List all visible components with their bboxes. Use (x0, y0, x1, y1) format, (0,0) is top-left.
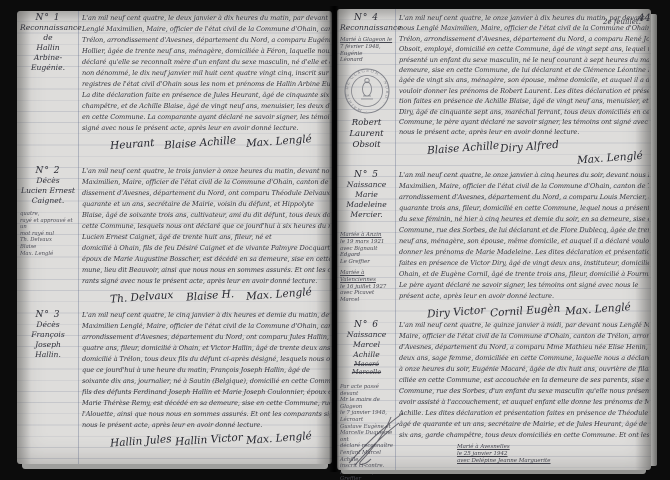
act-body-line: donner les prénoms de Marie Madeleine. L… (399, 247, 649, 258)
signature: Hallin Victor (175, 431, 243, 448)
act-body-line: tion faites en présence de Achille Blais… (399, 96, 649, 106)
margin-note-line: quatre, (20, 211, 76, 218)
act-body-line: deux ans, sage femme, domiciliée en cett… (399, 353, 649, 364)
scanned-page-right: 2e feuillet. 44 N° 4 Reconnaissance Mari… (337, 9, 651, 470)
margin-note-line: mot rayé nul (20, 231, 76, 238)
margin-note-line: Par acte passé devant (340, 384, 393, 397)
margin-name-line: Robert Laurent (340, 118, 393, 140)
entry-body: L'an mil neuf cent quatre, le trois janv… (78, 166, 330, 302)
act-body-line: âgée de vingt six ans, ménagère, son épo… (399, 75, 649, 85)
act-body-line: L'an mil neuf cent quatre, le onze janvi… (399, 170, 649, 181)
act-body-line: six ans, garde champêtre, tous deux domi… (399, 430, 649, 441)
margin-title-line: Marie Madeleine (340, 190, 393, 210)
entry-number: N° 1 (20, 13, 76, 23)
margin-title-line: Naissance (340, 330, 393, 340)
margin-title-line: Marcel Achille (340, 340, 393, 360)
entry-body: L'an mil neuf cent quatre, le quinze jan… (395, 320, 649, 480)
act-body-line: La dite déclaration faite en présence de… (82, 90, 330, 101)
page-stack-edge (341, 470, 646, 474)
entry-number: N° 6 (340, 320, 393, 330)
act-body-line: Marie Thérèse Remy, est décédé en sa dem… (82, 398, 330, 409)
act-body-line: domicilié à Ohain, fils de feu Désiré Ca… (82, 243, 330, 254)
act-body-line: L'an mil neuf cent quatre, le cinq janvi… (82, 310, 330, 321)
act-body-line: cette Commune, lesquels nous ont déclaré… (82, 221, 330, 232)
margin-title-line: Hallin. (20, 350, 76, 360)
margin-note-line: Th. Delvaux (20, 237, 76, 244)
mention-line: le 25 janvier 1942 (457, 451, 649, 458)
act-body-line: non dénommé, le dix neuf janvier mil hui… (82, 68, 330, 79)
entry-number: N° 3 (20, 310, 76, 320)
margin-title-line: Mercier. (340, 210, 393, 220)
entry-body: L'an mil neuf cent quatre, le onze janvi… (395, 13, 649, 166)
act-body: L'an mil neuf cent quatre, le trois janv… (82, 166, 330, 287)
entry-number: N° 2 (20, 166, 76, 176)
signatures: Th. DelvauxBlaise H.Max. Lenglé (82, 284, 330, 304)
entry-body: L'an mil neuf cent quatre, le deux janvi… (78, 13, 330, 149)
entry-margin: N° 2 DécèsLucien ErnestCaignet. quatre,r… (17, 166, 78, 302)
registry-entry-2: N° 2 DécèsLucien ErnestCaignet. quatre,r… (17, 166, 330, 302)
act-body-line: champêtre, et de Achille Blaise, âgé de … (82, 101, 330, 112)
margin-note-line: l'enfant Marcel Achille (340, 450, 393, 463)
act-body-line: Lucien Ernest Caignet, âgé de trente hui… (82, 232, 330, 243)
marginal-marriage-mention: Marié à Glageon le7 février 1948,Eugénie… (340, 37, 393, 64)
margin-title: DécèsFrançois JosephHallin. (20, 320, 76, 360)
margin-note-line: Marcelle Duquesne ont (340, 430, 393, 443)
act-body-line: Trélon, arrondissement d'Avesnes, départ… (399, 34, 649, 44)
margin-note-line: Max. Lenglé (20, 251, 76, 258)
svg-text:· MAIRIE DE GLAGEON · NORD ·: · MAIRIE DE GLAGEON · NORD · (343, 68, 389, 114)
margin-note-line: inscrit ci-contre. (340, 463, 393, 470)
registry-entry-5: N° 5 NaissanceMarie MadeleineMercier. Ma… (337, 170, 649, 317)
act-body-line: avoir assisté à l'accouchement, et auque… (399, 397, 649, 408)
margin-title: Reconnaissance deHallinArbine-Eugénie. (20, 23, 76, 73)
margin-struck-names: MacaréMarcelle (340, 360, 393, 376)
marginal-marriage-mention: Mariée à Valenciennesle 16 juillet 1927a… (340, 270, 393, 304)
registry-entry-3: N° 3 DécèsFrançois JosephHallin. L'an mi… (17, 310, 330, 446)
mention-line: Marié à Avesnelles (457, 444, 649, 451)
margin-title-line: Caignet. (20, 196, 76, 206)
margin-note-line: le 7 janvier 1948, Lécroart (340, 410, 393, 423)
entry-margin: N° 1 Reconnaissance deHallinArbine-Eugén… (17, 13, 78, 149)
act-body-line: nous Lenglé Maximilien, Maire, officier … (399, 23, 649, 33)
margin-title-line: Hallin (20, 43, 76, 53)
signature: Max. Lenglé (246, 286, 313, 303)
act-body-line: fils des défunts Ferdinand Joseph Hallin… (82, 387, 330, 398)
margin-title: DécèsLucien ErnestCaignet. (20, 176, 76, 206)
act-body-line: Commune, rue des Sorbes, de lui déclaran… (399, 225, 649, 236)
act-body-line: L'an mil neuf cent quatre, le onze janvi… (399, 13, 649, 23)
page-stack-edge (22, 464, 328, 469)
mention-line: Mariée à Valenciennes (340, 270, 393, 284)
act-body-line: L'an mil neuf cent quatre, le trois janv… (82, 166, 330, 177)
signatures: Diry VictorCornil EugènMax. Lenglé (399, 299, 649, 319)
signature: Max. Lenglé (246, 133, 313, 150)
act-body-line: vouloir donner les prénoms de Robert Lau… (399, 86, 649, 96)
act-body: L'an mil neuf cent quatre, le cinq janvi… (82, 310, 330, 431)
act-body-line: âgé de quarante et un ans, secrétaire de… (399, 419, 649, 430)
act-body-line: d'Avesnes, département du Nord, a compar… (399, 342, 649, 353)
act-body-line: Maire, officier de l'état civil de la Co… (399, 331, 649, 342)
margin-title: NaissanceMarcel Achille (340, 330, 393, 360)
stamp-text: · MAIRIE DE GLAGEON · NORD · (343, 68, 389, 114)
entry-margin: N° 6 NaissanceMarcel Achille MacaréMarce… (337, 320, 395, 480)
act-body-line: ciliée en cette Commune, est accouchée e… (399, 375, 649, 386)
signature: Max. Lenglé (246, 430, 313, 447)
act-body-line: dissement d'Avesnes, département du Nord… (82, 188, 330, 199)
act-body-line: faites en présence de Victor Diry, âgé d… (399, 258, 649, 269)
mention-line: avec Delépine Jeanne Marguerite (457, 458, 649, 465)
act-body-line: arrondissement d'Avesnes, département du… (82, 332, 330, 343)
act-body-line: déclaré qu'elle se reconnaît mère d'un e… (82, 57, 330, 68)
margin-child-name: Robert LaurentObsoit (340, 118, 393, 151)
act-body: L'an mil neuf cent quatre, le quinze jan… (399, 320, 649, 441)
act-body: L'an mil neuf cent quatre, le deux janvi… (82, 13, 330, 134)
mention-line: Le Greffier (340, 259, 393, 266)
entry-margin: N° 4 Reconnaissance Marié à Glageon le7 … (337, 13, 395, 166)
margin-note-line: Gustave Eugène et (340, 424, 393, 431)
entry-body: L'an mil neuf cent quatre, le onze janvi… (395, 170, 649, 317)
signature: Hallin Jules (110, 433, 172, 449)
signatures: Hallin JulesHallin VictorMax. Lenglé (82, 428, 330, 448)
entry-margin: N° 3 DécèsFrançois JosephHallin. (17, 310, 78, 446)
entry-margin: N° 5 NaissanceMarie MadeleineMercier. Ma… (337, 170, 395, 317)
mention-line: avec Picavet Marcel (340, 290, 393, 304)
signature: Th. Delvaux (110, 289, 174, 306)
act-body-line: Trélon, arrondissement d'Avesnes, départ… (82, 35, 330, 46)
act-body-line: Commune, rue des Sorbes, d'un enfant du … (399, 386, 649, 397)
act-body-line: Achille. Les dites déclaration et présen… (399, 408, 649, 419)
signature: Diry Victor (427, 304, 486, 320)
act-body-line: quarante et un ans, secrétaire de Mairie… (82, 199, 330, 210)
margin-legitimation-note: Par acte passé devantMr le maire de Glag… (340, 384, 393, 480)
mention-line: avec Bignault Edgard (340, 246, 393, 260)
act-body-line: Maximilien, Maire, officier de l'état ci… (82, 177, 330, 188)
struck-name-line: Marcelle (340, 368, 393, 376)
entry-body: L'an mil neuf cent quatre, le cinq janvi… (78, 310, 330, 446)
act-body-line: L'an mil neuf cent quatre, le deux janvi… (82, 13, 330, 24)
act-body-line: L'an mil neuf cent quatre, le quinze jan… (399, 320, 649, 331)
margin-title-line: Arbine-Eugénie. (20, 53, 76, 73)
act-body-line: neuf ans, ménagère, son épouse, même dom… (399, 236, 649, 247)
mention-line: 7 février 1948, (340, 44, 393, 51)
act-body-line: Lenglé Maximilien, Maire, officier de l'… (82, 24, 330, 35)
official-stamp-icon: · MAIRIE DE GLAGEON · NORD · (343, 67, 391, 115)
act-body-line: du sexe féminin, né hier à cinq heures e… (399, 214, 649, 225)
act-body-line: Le père ayant déclaré ne savoir signer, … (399, 280, 649, 291)
registry-entry-1: N° 1 Reconnaissance deHallinArbine-Eugén… (17, 13, 330, 149)
margin-title-line: Reconnaissance (340, 23, 393, 33)
act-body-line: Hollier, âgée de trente neuf ans, ménagè… (82, 46, 330, 57)
margin-name-line: Obsoit (340, 140, 393, 151)
act-body: L'an mil neuf cent quatre, le onze janvi… (399, 170, 649, 302)
margin-approval-note: quatre,rayé et approuvé et unmot rayé nu… (20, 211, 76, 257)
act-body-line: Blaise, âgé de soixante trois ans, culti… (82, 210, 330, 221)
signature: Cornil Eugèn (490, 302, 561, 319)
entry-number: N° 4 (340, 13, 393, 23)
act-body-line: Obsoit, employé, domicilié en cette Comm… (399, 44, 649, 54)
margin-title: Reconnaissance (340, 23, 393, 33)
act-body-line: présenté un enfant du sexe masculin, né … (399, 55, 649, 65)
stamped-marriage-mention: Marié à Avesnellesle 25 janvier 1942avec… (457, 444, 649, 465)
signature: Blaise H. (185, 288, 234, 303)
mention-line: Marié à Glageon le (340, 37, 393, 44)
margin-title-line: Naissance (340, 180, 393, 190)
marginal-marriage-mention: Mariée à Anzinle 19 mars 1921avec Bignau… (340, 232, 393, 266)
act-body-line: mune, lieu dit Beauvoir, ainsi que nous … (82, 265, 330, 276)
act-body: L'an mil neuf cent quatre, le onze janvi… (399, 13, 649, 138)
act-body-line: Maximilien Lenglé, Maire, officier de l'… (82, 321, 330, 332)
act-body-line: soixante dix ans, journalier, né à Sauti… (82, 376, 330, 387)
binding-seam (329, 6, 339, 472)
act-body-line: arrondissement d'Avesnes, département du… (399, 192, 649, 203)
act-body-line: registres de l'état civil d'Ohain sous l… (82, 79, 330, 90)
margin-title-line: Décès (20, 320, 76, 330)
act-body-line: quatre ans, fileur, domicilié à Ohain, e… (82, 343, 330, 354)
signature: Heurant (110, 137, 155, 152)
act-body-line: en cette Commune. La comparante ayant dé… (82, 112, 330, 123)
act-body-line: Maximilien, Maire, officier de l'état ci… (399, 181, 649, 192)
act-body-line: Diry, âgé de cinquante sept ans, marécha… (399, 107, 649, 117)
registry-entry-6: N° 6 NaissanceMarcel Achille MacaréMarce… (337, 320, 649, 480)
entry-number: N° 5 (340, 170, 393, 180)
margin-note-line: Mr le maire de Glageon (340, 397, 393, 410)
signature: Max. Lenglé (565, 301, 632, 318)
signature: Max. Lenglé (577, 150, 644, 167)
act-body-line: Commune, le père ayant déclaré ne savoir… (399, 117, 649, 127)
act-body-line: Ohain, et de Eugène Cornil, âgé de trent… (399, 269, 649, 280)
mention-line: le 16 juillet 1927 (340, 284, 393, 291)
margin-title: NaissanceMarie MadeleineMercier. (340, 180, 393, 220)
margin-title-line: Décès (20, 176, 76, 186)
scanned-page-left: N° 1 Reconnaissance deHallinArbine-Eugén… (17, 11, 332, 464)
margin-note-line: rayé et approuvé et un (20, 218, 76, 231)
signatures: HeurantBlaise AchilleMax. Lenglé (82, 131, 330, 151)
act-body-line: domicilié à Trélon, tous deux fils du dé… (82, 354, 330, 365)
margin-title-line: Lucien Ernest (20, 186, 76, 196)
margin-note-line: Blaise (20, 244, 76, 251)
mention-line: Léonard (340, 57, 393, 64)
signature: Blaise Achille (164, 134, 237, 151)
struck-name-line: Macaré (340, 360, 393, 368)
mention-line: le 19 mars 1921 (340, 239, 393, 246)
act-body-line: que ce jourd'hui à une heure du matin, F… (82, 365, 330, 376)
margin-title-line: François Joseph (20, 330, 76, 350)
registry-scan: N° 1 Reconnaissance deHallinArbine-Eugén… (0, 0, 670, 480)
act-body-line: époux de Marie Augustine Bosscher, est d… (82, 254, 330, 265)
margin-note-line: déclaré reconnaître (340, 443, 393, 450)
mention-line: Mariée à Anzin (340, 232, 393, 239)
margin-title-line: Reconnaissance de (20, 23, 76, 43)
registry-entry-4: N° 4 Reconnaissance Marié à Glageon le7 … (337, 13, 649, 166)
act-body-line: quarante trois ans, fileur, domicilié en… (399, 203, 649, 214)
act-body-line: l'Alouette, ainsi que nous nous en somme… (82, 409, 330, 420)
act-body-line: demeure, sise en cette Commune, de lui d… (399, 65, 649, 75)
page-stack-edge (651, 14, 657, 466)
act-body-line: à onze heures du soir, Eugénie Macaré, â… (399, 364, 649, 375)
